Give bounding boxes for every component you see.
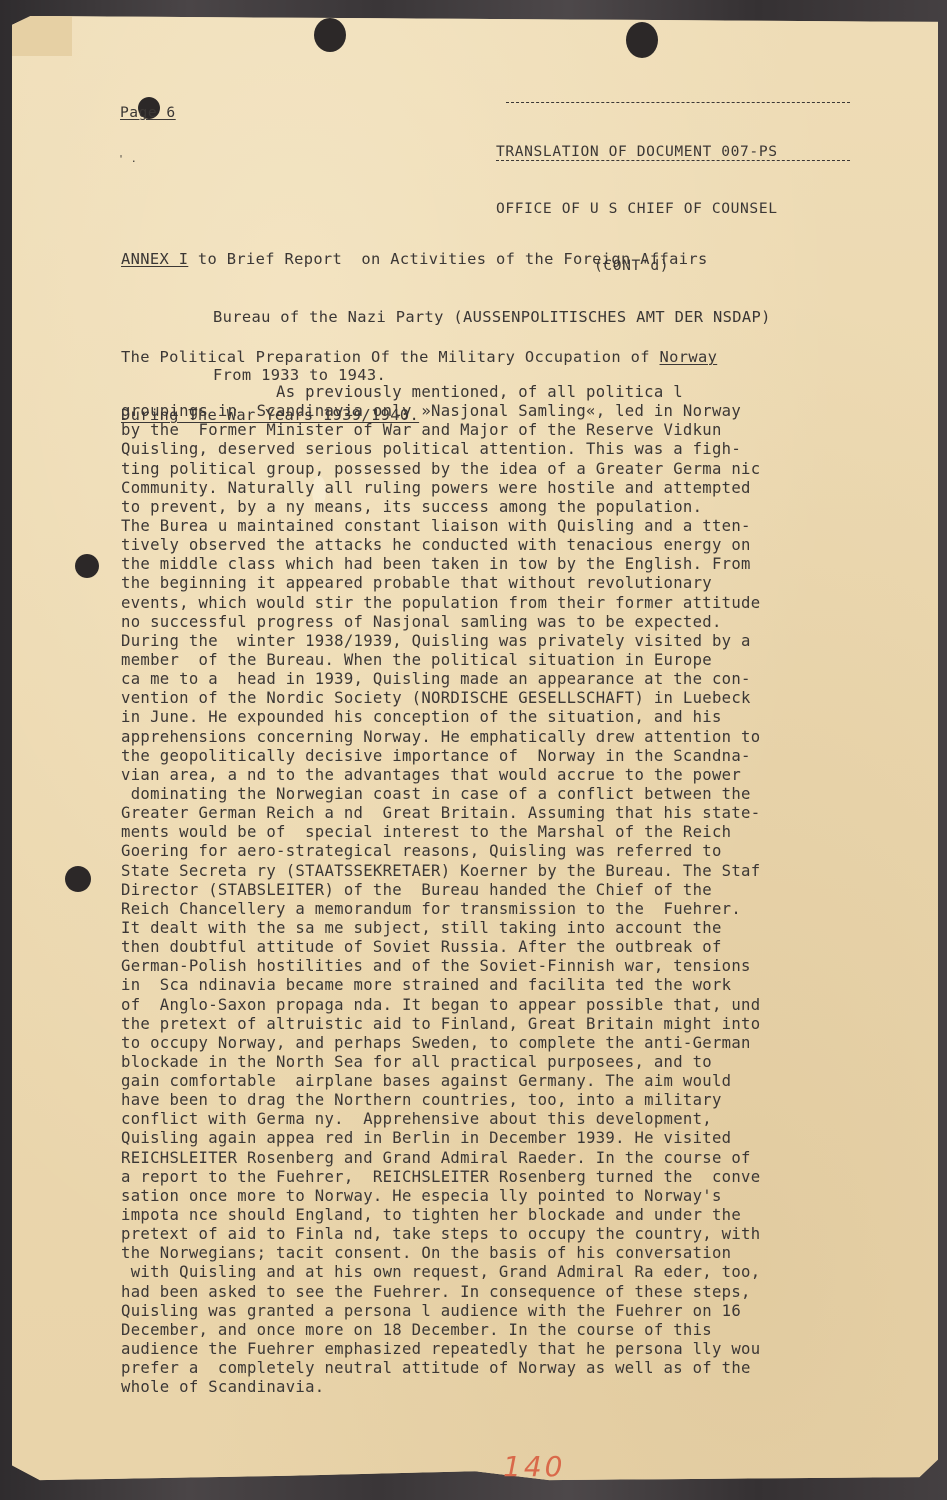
body-line: groupings in Scandinavia only »Nasjonal … bbox=[121, 402, 760, 421]
body-line: a report to the Fuehrer, REICHSLEITER Ro… bbox=[121, 1168, 760, 1187]
annex-line-1: to Brief Report on Activities of the For… bbox=[188, 250, 707, 268]
body-line: Community. Naturally all ruling powers w… bbox=[121, 479, 760, 498]
body-line: the Norwegians; tacit consent. On the ba… bbox=[121, 1244, 760, 1263]
body-line: no successful progress of Nasjonal samli… bbox=[121, 613, 760, 632]
body-line: audience the Fuehrer emphasized repeated… bbox=[121, 1340, 760, 1359]
header-line-1: TRANSLATION OF DOCUMENT 007-PS bbox=[496, 142, 778, 161]
body-line: ca me to a head in 1939, Quisling made a… bbox=[121, 670, 760, 689]
punch-hole-top-left bbox=[314, 18, 346, 52]
body-line: then doubtful attitude of Soviet Russia.… bbox=[121, 938, 760, 957]
body-line: conflict with Germa ny. Apprehensive abo… bbox=[121, 1110, 760, 1129]
margin-marks: ' . bbox=[118, 150, 137, 169]
body-line: Director (STABSLEITER) of the Bureau han… bbox=[121, 881, 760, 900]
body-line: the pretext of altruistic aid to Finland… bbox=[121, 1015, 760, 1034]
handwritten-page-number: 140 bbox=[503, 1450, 565, 1483]
body-line: As previously mentioned, of all politica… bbox=[121, 383, 760, 402]
body-line: prefer a completely neutral attitude of … bbox=[121, 1359, 760, 1378]
body-line: State Secreta ry (STAATSSEKRETAER) Koern… bbox=[121, 862, 760, 881]
body-line: the middle class which had been taken in… bbox=[121, 555, 760, 574]
body-line: of Anglo-Saxon propaga nda. It began to … bbox=[121, 996, 760, 1015]
body-line: had been asked to see the Fuehrer. In co… bbox=[121, 1283, 760, 1302]
body-line: Goering for aero-strategical reasons, Qu… bbox=[121, 842, 760, 861]
body-line: sation once more to Norway. He especia l… bbox=[121, 1187, 760, 1206]
punch-hole-side-upper bbox=[75, 554, 99, 578]
body-line: pretext of aid to Finla nd, take steps t… bbox=[121, 1225, 760, 1244]
body-line: by the Former Minister of War and Major … bbox=[121, 421, 760, 440]
body-line: Quisling again appea red in Berlin in De… bbox=[121, 1129, 760, 1148]
body-line: Greater German Reich a nd Great Britain.… bbox=[121, 804, 760, 823]
body-line: the beginning it appeared probable that … bbox=[121, 574, 760, 593]
body-line: December, and once more on 18 December. … bbox=[121, 1321, 760, 1340]
body-line: Reich Chancellery a memorandum for trans… bbox=[121, 900, 760, 919]
body-line: REICHSLEITER Rosenberg and Grand Admiral… bbox=[121, 1149, 760, 1168]
body-line: Quisling, deserved serious political att… bbox=[121, 440, 760, 459]
punch-hole-side-lower bbox=[65, 866, 91, 892]
body-line: to occupy Norway, and perhaps Sweden, to… bbox=[121, 1034, 760, 1053]
body-line: events, which would stir the population … bbox=[121, 594, 760, 613]
body-line: in June. He expounded his conception of … bbox=[121, 708, 760, 727]
body-line: Quisling was granted a persona l audienc… bbox=[121, 1302, 760, 1321]
body-line: ting political group, possessed by the i… bbox=[121, 460, 760, 479]
body-line: impota nce should England, to tighten he… bbox=[121, 1206, 760, 1225]
title-norway: Norway bbox=[660, 348, 718, 366]
body-line: It dealt with the sa me subject, still t… bbox=[121, 919, 760, 938]
header-bottom-rule bbox=[496, 160, 850, 162]
body-line: The Burea u maintained constant liaison … bbox=[121, 517, 760, 536]
body-line: to prevent, by a ny means, its success a… bbox=[121, 498, 760, 517]
body-line: vention of the Nordic Society (NORDISCHE… bbox=[121, 689, 760, 708]
body-line: gain comfortable airplane bases against … bbox=[121, 1072, 760, 1091]
body-line: German-Polish hostilities and of the Sov… bbox=[121, 957, 760, 976]
annex-label: ANNEX I bbox=[121, 250, 188, 268]
body-text: As previously mentioned, of all politica… bbox=[121, 383, 760, 1397]
title-line-1: The Political Preparation Of the Militar… bbox=[121, 348, 660, 366]
body-line: blockade in the North Sea for all practi… bbox=[121, 1053, 760, 1072]
body-line: dominating the Norwegian coast in case o… bbox=[121, 785, 760, 804]
body-line: ments would be of special interest to th… bbox=[121, 823, 760, 842]
body-line: member of the Bureau. When the political… bbox=[121, 651, 760, 670]
punch-hole-top-right bbox=[626, 22, 658, 58]
body-line: whole of Scandinavia. bbox=[121, 1378, 760, 1397]
body-line: in Sca ndinavia became more strained and… bbox=[121, 976, 760, 995]
body-line: vian area, a nd to the advantages that w… bbox=[121, 766, 760, 785]
body-line: tively observed the attacks he conducted… bbox=[121, 536, 760, 555]
page-label: Page 6 bbox=[120, 104, 176, 121]
body-line: apprehensions concerning Norway. He emph… bbox=[121, 728, 760, 747]
body-line: During the winter 1938/1939, Quisling wa… bbox=[121, 632, 760, 651]
torn-corner bbox=[12, 16, 72, 56]
body-line: have been to drag the Northern countries… bbox=[121, 1091, 760, 1110]
body-line: with Quisling and at his own request, Gr… bbox=[121, 1263, 760, 1282]
body-line: the geopolitically decisive importance o… bbox=[121, 747, 760, 766]
